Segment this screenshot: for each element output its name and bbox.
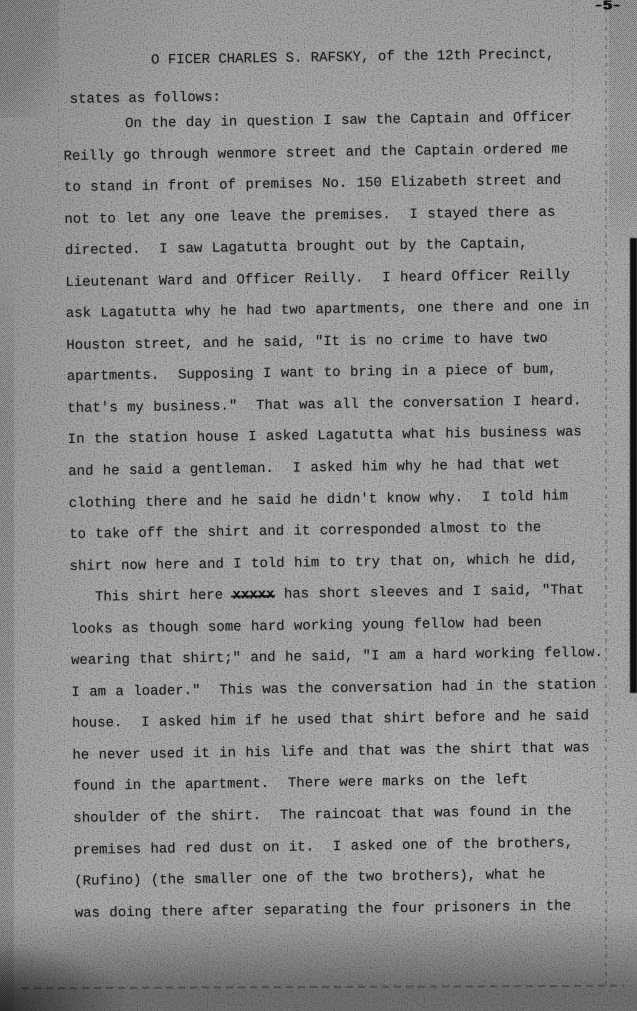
overtyped-strikeout-word: xxxxx (232, 587, 274, 604)
testimony-heading: O FICER CHARLES S. RAFSKY, of the 12th P… (151, 47, 554, 69)
typewritten-text: O FICER CHARLES S. RAFSKY, of the 12th P… (0, 0, 637, 1011)
testimony-intro: states as follows: (70, 90, 221, 108)
scanned-document-page: -5- O FICER CHARLES S. RAFSKY, of the 12… (0, 0, 637, 1011)
testimony-body: On the day in question I saw the Captain… (63, 102, 615, 930)
